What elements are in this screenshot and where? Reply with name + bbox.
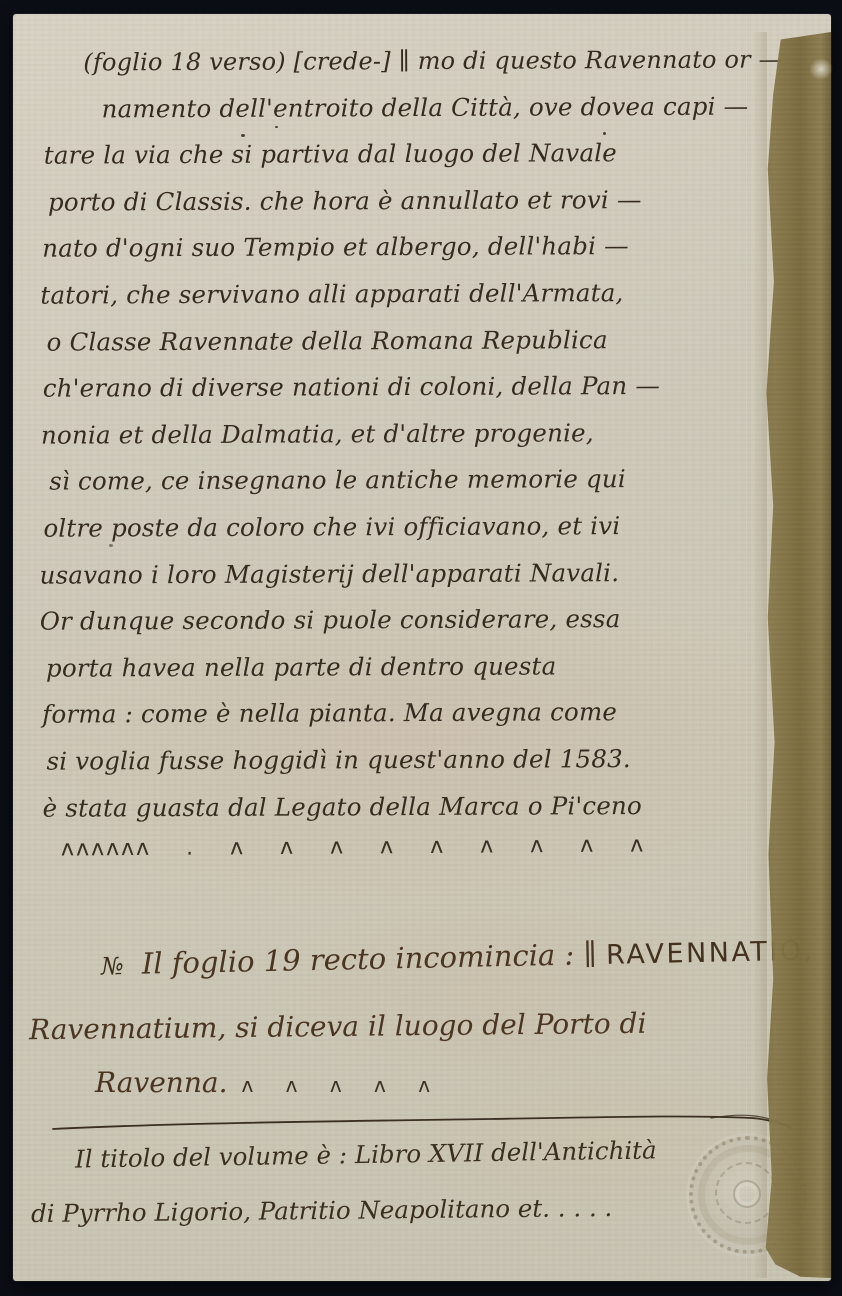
manuscript-line: tare la via che si partiva dal luogo del…	[44, 130, 800, 180]
flourish-marks: ʌ ʌ ʌ ʌ ʌ	[241, 1073, 434, 1097]
archival-tape-strip	[763, 32, 831, 1278]
note-line-ravenna: Ravenna.ʌ ʌ ʌ ʌ ʌ	[95, 1066, 434, 1099]
manuscript-line: (foglio 18 verso) [crede-] ∥ mo di quest…	[83, 36, 799, 86]
manuscript-line: ch'erano di diverse nationi di coloni, d…	[43, 362, 801, 412]
manuscript-line: nonia et della Dalmatia, et d'altre prog…	[41, 409, 801, 459]
manuscript-line: forma : come è nella pianta. Ma avegna c…	[42, 689, 802, 739]
flourish-row: ʌʌʌʌʌʌ . ʌ ʌ ʌ ʌ ʌ ʌ ʌ ʌ ʌ	[61, 831, 791, 861]
main-text-block: (foglio 18 verso) [crede-] ∥ mo di quest…	[33, 36, 802, 831]
note-line-foglio-19: №Il foglio 19 recto incomincia : ∥ RAVEN…	[101, 933, 815, 982]
manuscript-line: porto di Classis. che hora è annullato e…	[48, 176, 800, 226]
separator-rule	[51, 1112, 793, 1138]
manuscript-line: si voglia fusse hoggidì in quest'anno de…	[46, 735, 802, 785]
manuscript-line: porta havea nella parte di dentro questa	[46, 642, 802, 692]
note-line-ravennatium: Ravennatium, si diceva il luogo del Port…	[29, 1007, 647, 1046]
manuscript-line: usavano i loro Magisterij dell'apparati …	[40, 549, 802, 599]
manuscript-line: o Classe Ravennate della Romana Republic…	[46, 316, 800, 366]
note-text: Il foglio 19 recto incomincia : ∥	[141, 937, 606, 981]
lead-mark: №	[101, 952, 124, 980]
manuscript-line: è stata guasta dal Legato della Marca o …	[43, 782, 803, 832]
note-text: Ravenna.	[95, 1066, 227, 1099]
manuscript-line: Or dunque secondo si puole considerare, …	[40, 595, 802, 645]
manuscript-line: tatori, che servivano alli apparati dell…	[40, 269, 800, 319]
photo-background: (foglio 18 verso) [crede-] ∥ mo di quest…	[0, 0, 842, 1296]
footer-author-line: di Pyrrho Ligorio, Patritio Neapolitano …	[31, 1193, 613, 1228]
manuscript-line: namento dell'entroito della Città, ove d…	[101, 83, 799, 133]
manuscript-page: (foglio 18 verso) [crede-] ∥ mo di quest…	[13, 14, 831, 1281]
footer-volume-title: Il titolo del volume è : Libro XVII dell…	[75, 1135, 657, 1173]
manuscript-line: sì come, ce insegnano le antiche memorie…	[49, 456, 801, 506]
manuscript-line: nato d'ogni suo Tempio et albergo, dell'…	[42, 223, 800, 273]
manuscript-line: oltre poste da coloro che ivi officiavan…	[43, 502, 801, 552]
tape-shadow	[753, 32, 767, 1278]
